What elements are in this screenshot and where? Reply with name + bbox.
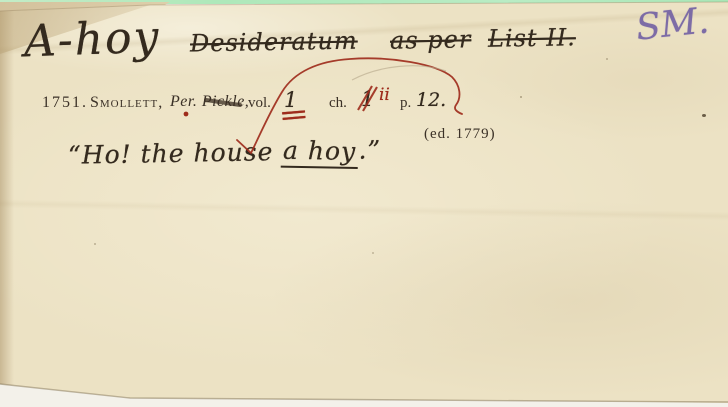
volume-label: vol. — [248, 95, 271, 112]
page-value-handwritten: 12. — [416, 89, 446, 111]
paper-speck — [702, 114, 706, 117]
quotation-close: .” — [358, 135, 381, 164]
scanned-quotation-slip: A-hoy Desideratum as per List II. SM. 17… — [0, 0, 728, 407]
citation-year: 1751. — [42, 94, 88, 112]
quotation-line: “Ho! the housea hoy.” — [68, 135, 382, 172]
paper-speck — [520, 96, 522, 98]
quotation-underlined-phrase: a hoy — [281, 136, 359, 169]
chapter-struck-value: 1 — [361, 87, 374, 111]
chapter-correction-red: ii — [379, 85, 390, 105]
quotation-text: Ho! the house — [82, 137, 274, 169]
paper-speck — [94, 243, 96, 245]
purple-monogram: SM. — [634, 0, 711, 48]
edition-note: (ed. 1779) — [424, 126, 496, 143]
chapter-label: ch. — [329, 95, 347, 112]
paper-left-edge-shade — [0, 8, 14, 386]
paper-speck — [606, 58, 608, 60]
headword-script: A-hoy — [23, 12, 161, 68]
struck-word: Desideratum — [190, 27, 358, 58]
struck-word: as per — [390, 25, 472, 54]
citation-work-title: Per. Pickle, — [170, 93, 249, 111]
struck-word: List II. — [488, 23, 576, 53]
paper-crease — [0, 180, 728, 240]
page-label: p. — [400, 95, 411, 112]
quotation-open: “ — [68, 140, 82, 169]
red-equals-mark: = — [277, 97, 310, 133]
citation-author: Smollett, — [90, 94, 163, 112]
paper-speck — [372, 252, 374, 254]
